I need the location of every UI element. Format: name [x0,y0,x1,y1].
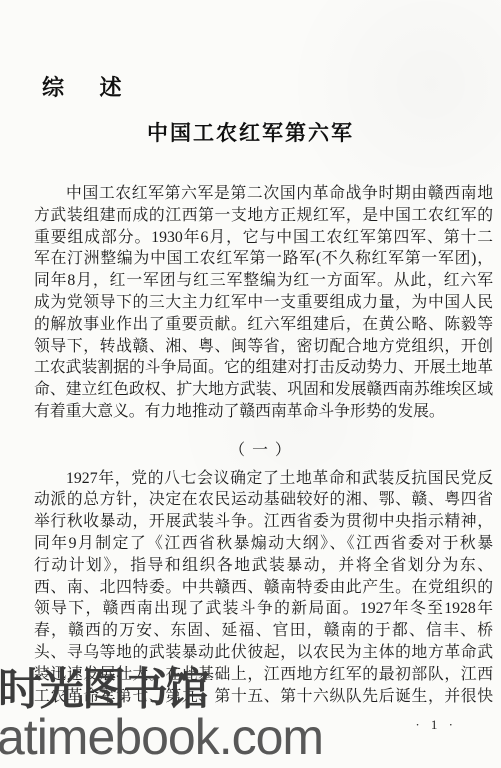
text-line: 方武装组建而成的江西第一支地方正规红军，是中国工农红军的 [34,205,493,227]
paragraph-1: 中国工农红军第六军是第二次国内革命战争时期由赣西南地 方武装组建而成的江西第一支… [34,183,493,423]
text-line: 中国工农红军第六军是第二次国内革命战争时期由赣西南地 [34,183,493,205]
page-title: 中国工农红军第六军 [0,117,501,147]
section-marker: （一） [34,440,493,462]
page-number: · 1 · [415,717,457,733]
text-line: 西、南、北四特委。中共赣西、赣南特委由此产生。在党组织的 [34,577,493,599]
section-header: 综 述 [42,71,137,102]
text-line: 有着重大意义。有力地推动了赣西南革命斗争形势的发展。 [34,401,493,423]
text-line: 成为党领导下的三大主力红军中一支重要组成力量，为中国人民 [34,292,493,314]
text-line: 军在汀洲整编为中国工农红军第一路军(不久称红军第一军团)， [34,248,493,270]
text-line: 同年9月制定了《江西省秋暴煽动大纲》、《江西省委对于秋暴 [34,533,493,555]
text-line: 行动计划》，指导和组织各地武装暴动，并将全省划分为东、 [34,555,493,577]
text-line: 举行秋收暴动，开展武装斗争。江西省委为贯彻中央指示精神， [34,511,493,533]
body-text: 中国工农红军第六军是第二次国内革命战争时期由赣西南地 方武装组建而成的江西第一支… [34,183,493,707]
text-line: 领导下，赣西南出现了武装斗争的新局面。1927年冬至1928年 [34,598,493,620]
text-line: 动派的总方针，决定在农民运动基础较好的湘、鄂、赣、粤四省 [34,489,493,511]
text-line: 1927年，党的八七会议确定了土地革命和武装反抗国民党反 [34,468,493,490]
text-line: 领导下，转战赣、湘、粤、闽等省，密切配合地方党组织，开创 [34,336,493,358]
watermark-website-text: atimebook.com [0,708,323,766]
text-line: 工农武装割据的斗争局面。它的组建对打击反动势力、开展土地革 [34,357,493,379]
text-line: 春，赣西的万安、东固、延福、官田，赣南的于都、信丰、桥 [34,620,493,642]
text-line: 同年8月，红一军团与红三军整编为红一方面军。从此，红六军 [34,270,493,292]
text-line: 重要组成部分。1930年6月，它与中国工农红军第四军、第十二 [34,227,493,249]
text-line: 的解放事业作出了重要贡献。红六军组建后，在黄公略、陈毅等 [34,314,493,336]
text-line: 命、建立红色政权、扩大地方武装、巩固和发展赣西南苏维埃区域 [34,379,493,401]
book-page: 综 述 中国工农红军第六军 中国工农红军第六军是第二次国内革命战争时期由赣西南地… [0,0,501,768]
